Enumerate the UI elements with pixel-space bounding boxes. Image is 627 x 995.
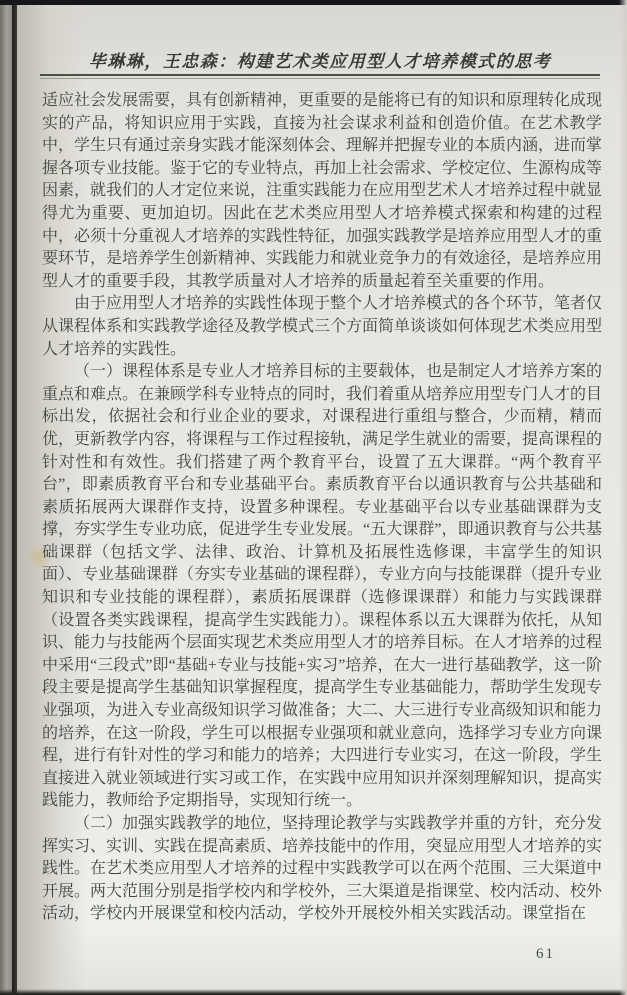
scan-edge-top: [0, 0, 627, 5]
scan-edge-left: [0, 0, 12, 995]
scanned-page: 毕琳琳，王忠森：构建艺术类应用型人才培养模式的思考 适应社会发展需要，具有创新精…: [0, 0, 627, 995]
gutter-line: [12, 0, 17, 995]
page-number: 61: [536, 946, 555, 963]
scan-edge-right: [619, 0, 627, 995]
running-header-title: 毕琳琳，王忠森：构建艺术类应用型人才培养模式的思考: [40, 47, 600, 72]
paragraph: （二）加强实践教学的地位，坚持理论教学与实践教学并重的方针，充分发挥实习、实训、…: [42, 813, 602, 926]
paragraph: （一）课程体系是专业人才培养目标的主要载体，也是制定人才培养方案的重点和难点。在…: [42, 361, 602, 813]
paragraph: 适应社会发展需要，具有创新精神，更重要的是能将已有的知识和原理转化成现实的产品，…: [42, 90, 602, 293]
article-body: 适应社会发展需要，具有创新精神，更重要的是能将已有的知识和原理转化成现实的产品，…: [42, 90, 602, 926]
scan-edge-bottom: [0, 989, 627, 995]
header-rule: [40, 74, 600, 79]
paragraph: 由于应用型人才培养的实践性体现于整个人才培养模式的各个环节，笔者仅从课程体系和实…: [42, 293, 602, 361]
